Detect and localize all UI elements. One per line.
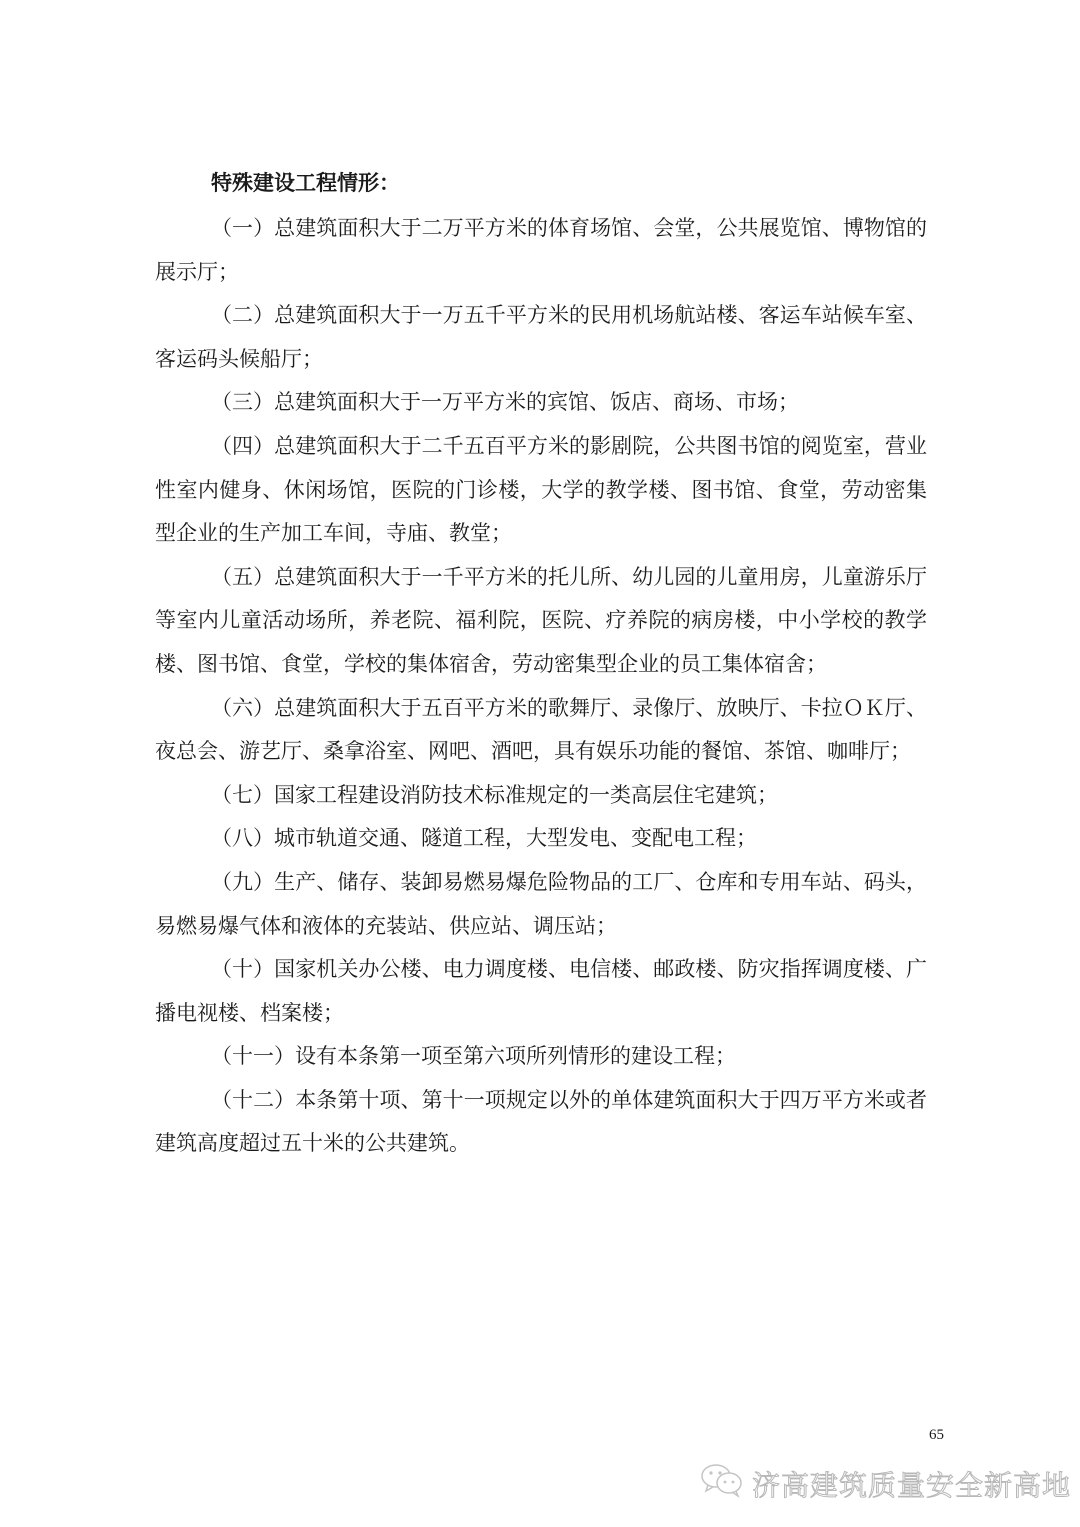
list-item: （十二）本条第十项、第十一项规定以外的单体建筑面积大于四万平方米或者建筑高度超过… [155,1079,927,1166]
list-item: （六）总建筑面积大于五百平方米的歌舞厅、录像厅、放映厅、卡拉ＯＫ厅、夜总会、游艺… [155,687,927,774]
section-heading: 特殊建设工程情形： [211,168,400,198]
list-item: （二）总建筑面积大于一万五千平方米的民用机场航站楼、客运车站候车室、客运码头候船… [155,294,927,381]
item-list: （一）总建筑面积大于二万平方米的体育场馆、会堂，公共展览馆、博物馆的展示厅； （… [155,207,927,1166]
list-item: （三）总建筑面积大于一万平方米的宾馆、饭店、商场、市场； [155,381,927,425]
list-item: （八）城市轨道交通、隧道工程，大型发电、变配电工程； [155,817,927,861]
list-item: （十）国家机关办公楼、电力调度楼、电信楼、邮政楼、防灾指挥调度楼、广播电视楼、档… [155,948,927,1035]
list-item: （七）国家工程建设消防技术标准规定的一类高层住宅建筑； [155,774,927,818]
document-page: 特殊建设工程情形： （一）总建筑面积大于二万平方米的体育场馆、会堂，公共展览馆、… [0,0,1080,1527]
list-item: （四）总建筑面积大于二千五百平方米的影剧院，公共图书馆的阅览室，营业性室内健身、… [155,425,927,556]
list-item: （五）总建筑面积大于一千平方米的托儿所、幼儿园的儿童用房，儿童游乐厅等室内儿童活… [155,556,927,687]
watermark: 济高建筑质量安全新高地 [700,1462,1071,1505]
wechat-icon [700,1462,752,1505]
list-item: （一）总建筑面积大于二万平方米的体育场馆、会堂，公共展览馆、博物馆的展示厅； [155,207,927,294]
page-number: 65 [929,1427,944,1444]
watermark-text: 济高建筑质量安全新高地 [752,1464,1071,1504]
list-item: （九）生产、储存、装卸易燃易爆危险物品的工厂、仓库和专用车站、码头，易燃易爆气体… [155,861,927,948]
list-item: （十一）设有本条第一项至第六项所列情形的建设工程； [155,1035,927,1079]
